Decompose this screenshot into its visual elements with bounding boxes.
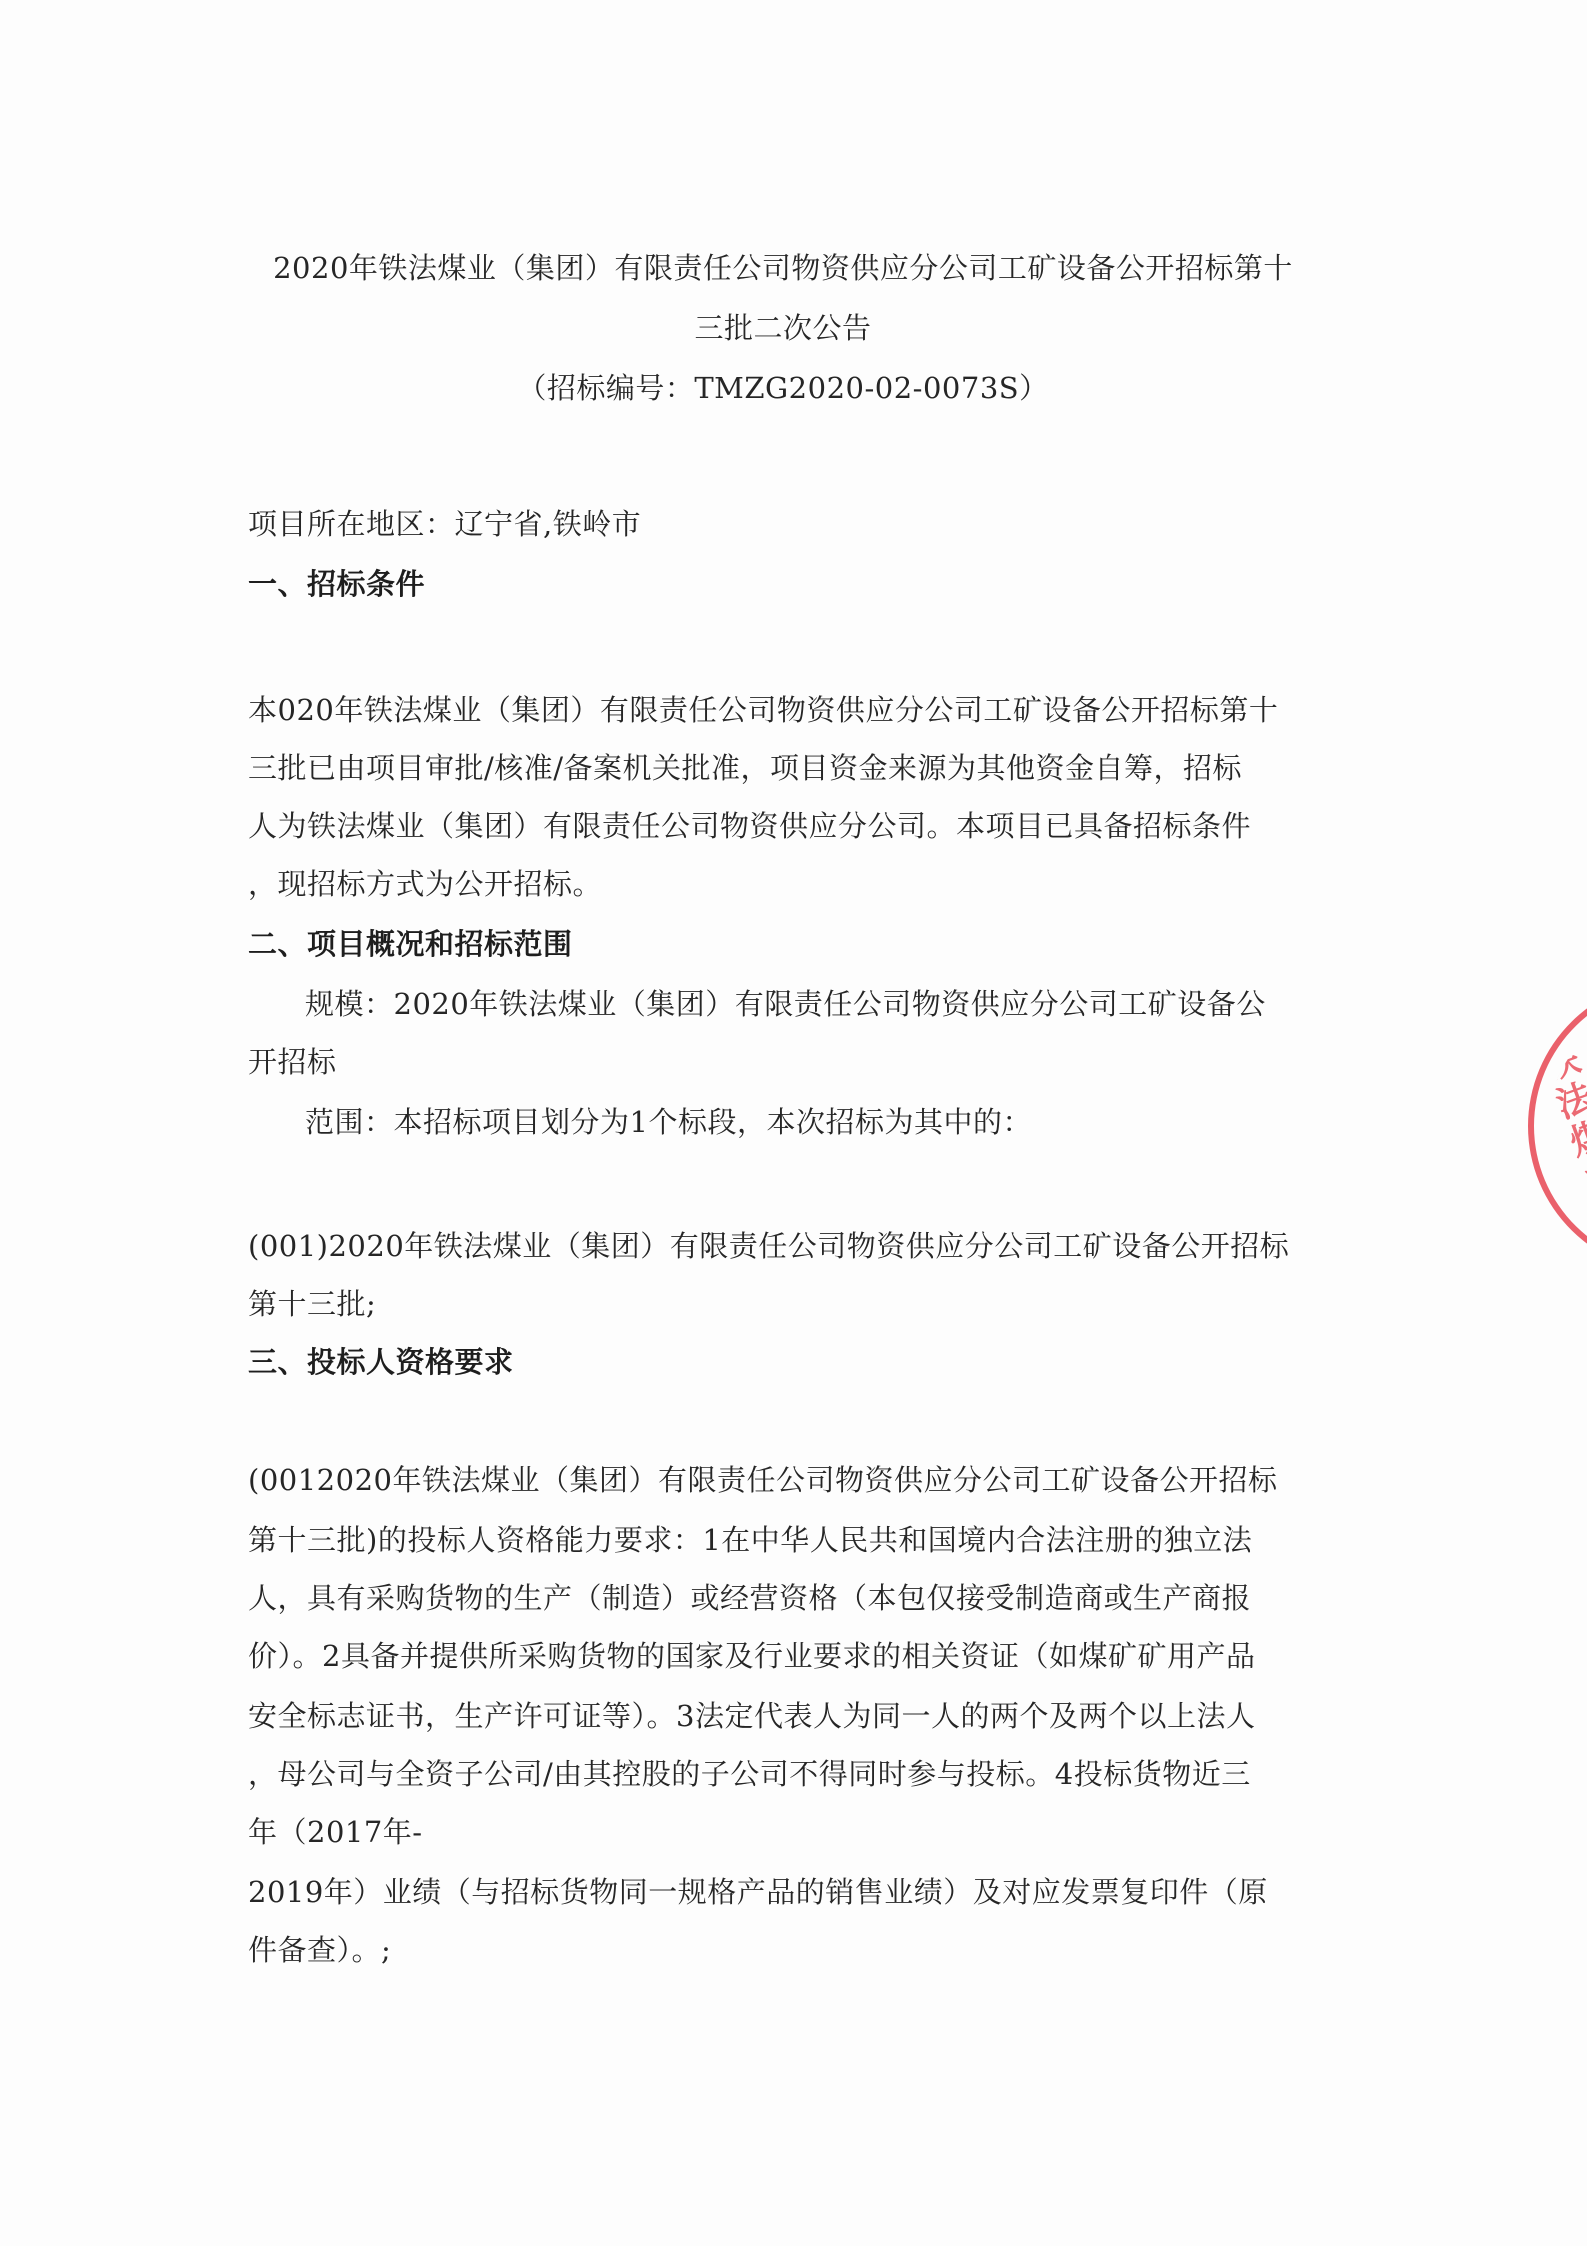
requirement-line: 人，具有采购货物的生产（制造）或经营资格（本包仅接受制造商或生产商报 bbox=[248, 1578, 1251, 1618]
scale-line: 开招标 bbox=[248, 1042, 337, 1082]
section-heading-3: 三、投标人资格要求 bbox=[248, 1342, 514, 1382]
paragraph-line: ，现招标方式为公开招标。 bbox=[248, 864, 602, 904]
lot-line: (001)2020年铁法煤业（集团）有限责任公司物资供应分公司工矿设备公开招标 bbox=[248, 1226, 1289, 1266]
paragraph-line: 本020年铁法煤业（集团）有限责任公司物资供应分公司工矿设备公开招标第十 bbox=[248, 690, 1278, 730]
requirement-line: 件备查）。; bbox=[248, 1930, 391, 1970]
paragraph-line: 三批已由项目审批/核准/备案机关批准，项目资金来源为其他资金自筹，招标 bbox=[248, 748, 1242, 788]
title-line-1: 2020年铁法煤业（集团）有限责任公司物资供应分公司工矿设备公开招标第十 bbox=[0, 248, 1566, 288]
paragraph-line: 人为铁法煤业（集团）有限责任公司物资供应分公司。本项目已具备招标条件 bbox=[248, 806, 1251, 846]
section-heading-1: 一、招标条件 bbox=[248, 564, 425, 604]
project-location: 项目所在地区：辽宁省,铁岭市 bbox=[248, 504, 641, 544]
requirement-line: (0012020年铁法煤业（集团）有限责任公司物资供应分公司工矿设备公开招标 bbox=[248, 1460, 1277, 1500]
requirement-line: 年（2017年- bbox=[248, 1812, 423, 1852]
range-line: 范围：本招标项目划分为1个标段，本次招标为其中的： bbox=[305, 1102, 1032, 1142]
requirement-line: 价）。2具备并提供所采购货物的国家及行业要求的相关资证（如煤矿矿用产品 bbox=[248, 1636, 1255, 1676]
tender-code: （招标编号：TMZG2020-02-0073S） bbox=[0, 368, 1566, 408]
lot-line: 第十三批; bbox=[248, 1284, 376, 1324]
section-heading-2: 二、项目概况和招标范围 bbox=[248, 924, 573, 964]
scale-line: 规模：2020年铁法煤业（集团）有限责任公司物资供应分公司工矿设备公 bbox=[305, 984, 1266, 1024]
requirement-line: ，母公司与全资子公司/由其控股的子公司不得同时参与投标。4投标货物近三 bbox=[248, 1754, 1251, 1794]
requirement-line: 第十三批)的投标人资格能力要求：1在中华人民共和国境内合法注册的独立法 bbox=[248, 1520, 1252, 1560]
title-line-2: 三批二次公告 bbox=[0, 308, 1566, 348]
requirement-line: 安全标志证书，生产许可证等）。3法定代表人为同一人的两个及两个以上法人 bbox=[248, 1696, 1255, 1736]
requirement-line: 2019年）业绩（与招标货物同一规格产品的销售业绩）及对应发票复印件（原 bbox=[248, 1872, 1268, 1912]
